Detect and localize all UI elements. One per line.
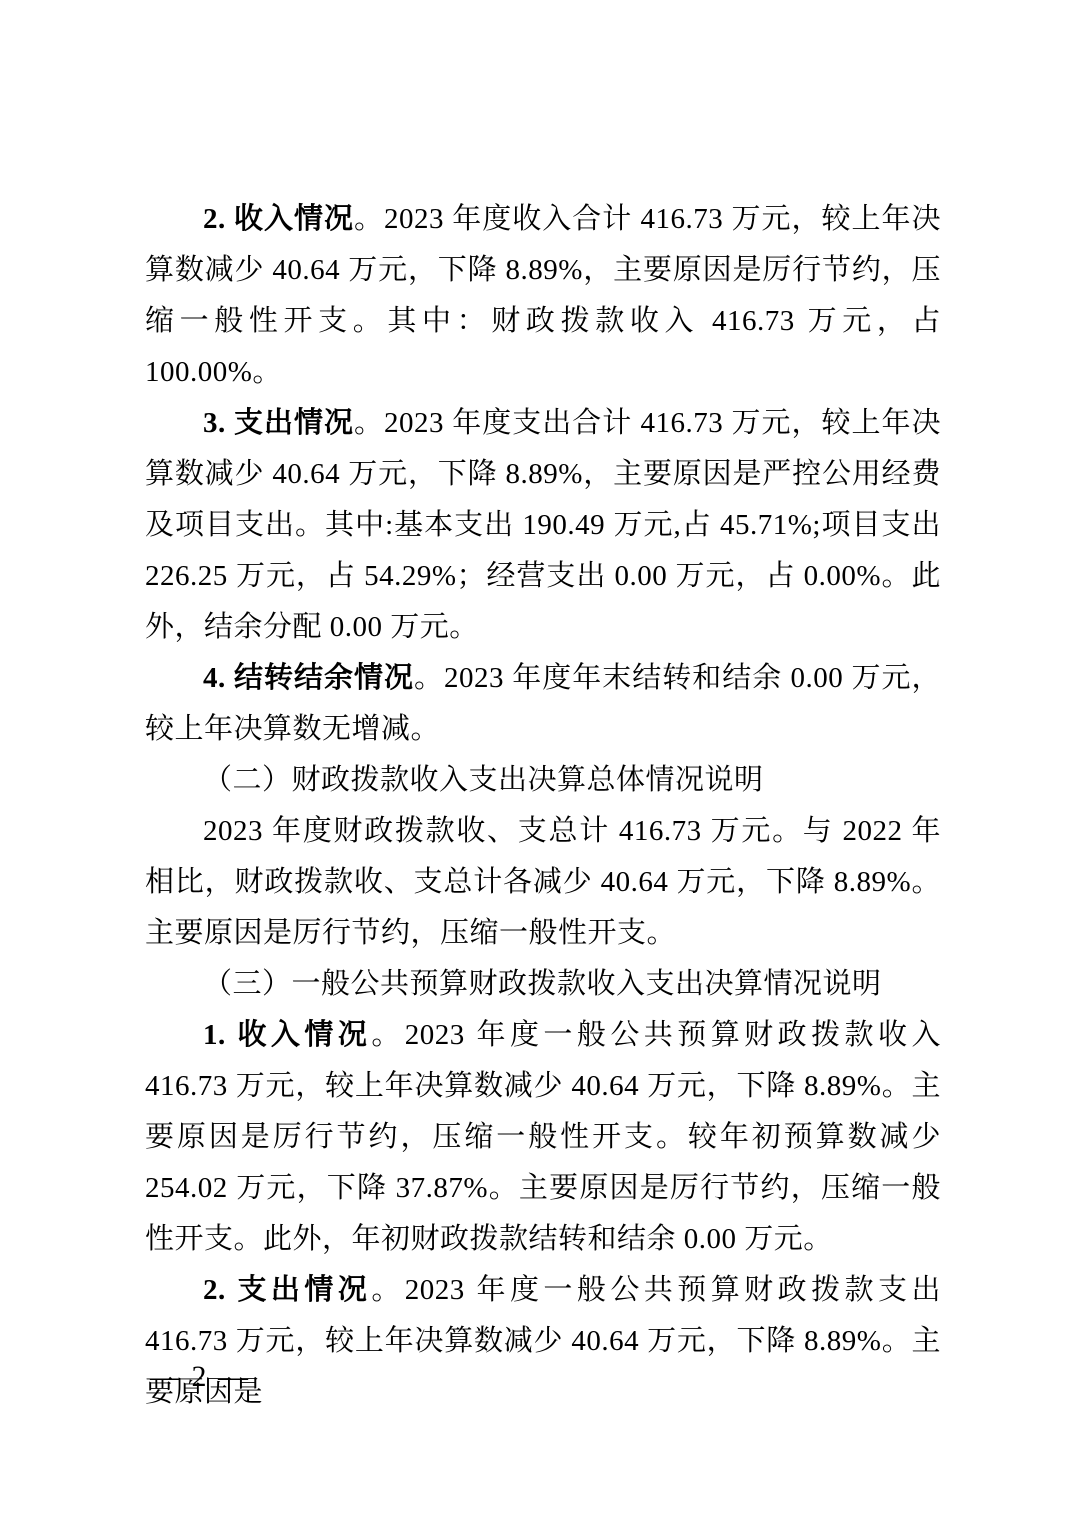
para-income-situation-1: 1. 收入情况。2023 年度一般公共预算财政拨款收入 416.73 万元，较上… [145, 1010, 941, 1265]
para-expenditure-situation-3: 3. 支出情况。2023 年度支出合计 416.73 万元，较上年决算数减少 4… [145, 398, 941, 653]
para-expenditure-situation-3-label: 3. 支出情况 [203, 407, 354, 439]
para-expenditure-situation-2-label: 2. 支出情况 [203, 1274, 371, 1306]
para-income-situation-1-text: 。2023 年度一般公共预算财政拨款收入 416.73 万元，较上年决算数减少 … [145, 1019, 941, 1255]
para-income-situation-1-label: 1. 收入情况 [203, 1019, 371, 1051]
heading-section-3-general-public-budget: （三）一般公共预算财政拨款收入支出决算情况说明 [145, 959, 941, 1010]
para-expenditure-situation-3-text: 。2023 年度支出合计 416.73 万元，较上年决算数减少 40.64 万元… [145, 407, 941, 643]
page-number: — 2 — [150, 1360, 250, 1393]
document-page: 2. 收入情况。2023 年度收入合计 416.73 万元，较上年决算数减少 4… [0, 0, 1074, 1520]
para-income-situation-2: 2. 收入情况。2023 年度收入合计 416.73 万元，较上年决算数减少 4… [145, 194, 941, 398]
document-body: 2. 收入情况。2023 年度收入合计 416.73 万元，较上年决算数减少 4… [145, 194, 941, 1418]
para-income-situation-2-label: 2. 收入情况 [203, 203, 354, 235]
para-carryover-balance-4: 4. 结转结余情况。2023 年度年末结转和结余 0.00 万元，较上年决算数无… [145, 653, 941, 755]
para-fiscal-appropriation-total: 2023 年度财政拨款收、支总计 416.73 万元。与 2022 年相比，财政… [145, 806, 941, 959]
heading-section-2-fiscal-appropriation-summary: （二）财政拨款收入支出决算总体情况说明 [145, 755, 941, 806]
para-expenditure-situation-2: 2. 支出情况。2023 年度一般公共预算财政拨款支出 416.73 万元，较上… [145, 1265, 941, 1418]
para-carryover-balance-4-label: 4. 结转结余情况 [203, 662, 414, 694]
page-footer: — 2 — [150, 1356, 250, 1398]
